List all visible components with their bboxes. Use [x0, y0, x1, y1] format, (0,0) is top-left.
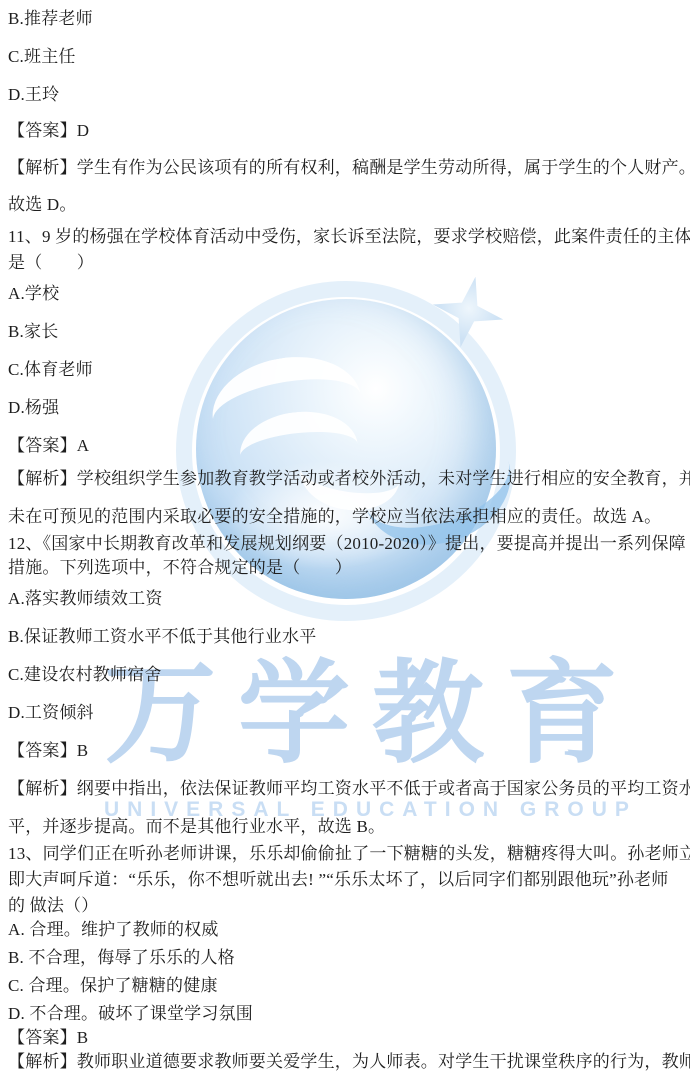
doc-line-option: B.推荐老师 — [8, 9, 93, 29]
doc-line-analysis: 【解析】纲要中指出，依法保证教师平均工资水平不低于或者高于国家公务员的平均工资水 — [8, 779, 690, 799]
exam-document-page: 万学教育 UNIVERSAL EDUCATION GROUP B.推荐老师C.班… — [0, 0, 690, 1075]
doc-line-option: B.家长 — [8, 322, 58, 342]
doc-line-question-cont: 即大声呵斥道：“乐乐，你不想听就出去! ”“乐乐太坏了，以后同字们都别跟他玩”孙… — [8, 870, 669, 890]
doc-line-option: C. 合理。保护了糖糖的健康 — [8, 976, 218, 996]
doc-line-analysis: 【解析】学校组织学生参加教育教学活动或者校外活动，未对学生进行相应的安全教育，并 — [8, 469, 690, 489]
doc-line-question-cont: 是（ ） — [8, 253, 94, 273]
doc-line-question: 11、9 岁的杨强在学校体育活动中受伤，家长诉至法院，要求学校赔偿，此案件责任的… — [8, 227, 690, 247]
doc-line-question-cont: 的 做法（） — [8, 896, 98, 916]
doc-line-answer: 【答案】B — [8, 741, 88, 761]
doc-line-option: B. 不合理，侮辱了乐乐的人格 — [8, 948, 235, 968]
doc-line-answer: 【答案】D — [8, 121, 89, 141]
doc-line-option: C.建设农村教师宿舍 — [8, 665, 162, 685]
doc-line-analysis-cont: 故选 D。 — [8, 195, 77, 215]
doc-line-analysis-cont: 未在可预见的范围内采取必要的安全措施的，学校应当依法承担相应的责任。故选 A。 — [8, 507, 661, 527]
doc-line-option: A. 合理。维护了教师的权威 — [8, 920, 219, 940]
doc-line-analysis: 【解析】教师职业道德要求教师要关爱学生，为人师表。对学生干扰课堂秩序的行为，教师 — [8, 1052, 690, 1072]
doc-line-option: C.班主任 — [8, 47, 76, 67]
doc-line-option: C.体育老师 — [8, 360, 93, 380]
doc-line-analysis-cont: 平，并逐步提高。而不是其他行业水平，故选 B。 — [8, 817, 385, 837]
doc-line-answer: 【答案】A — [8, 436, 89, 456]
doc-line-question: 12、《国家中长期教育改革和发展规划纲要（2010-2020）》提出，要提高并提… — [8, 534, 686, 554]
doc-line-analysis: 【解析】学生有作为公民该项有的所有权利，稿酬是学生劳动所得，属于学生的个人财产。 — [8, 158, 690, 178]
doc-line-question-cont: 措施。下列选项中，不符合规定的是（ ） — [8, 558, 352, 578]
doc-line-option: D.杨强 — [8, 398, 59, 418]
doc-line-answer: 【答案】B — [8, 1028, 88, 1048]
doc-line-option: D. 不合理。破坏了课堂学习氛围 — [8, 1004, 253, 1024]
doc-line-option: D.工资倾斜 — [8, 703, 94, 723]
doc-line-question: 13、同学们正在听孙老师讲课，乐乐却偷偷扯了一下糖糖的头发，糖糖疼得大叫。孙老师… — [8, 844, 690, 864]
document-text-body: B.推荐老师C.班主任D.王玲【答案】D【解析】学生有作为公民该项有的所有权利，… — [0, 0, 690, 1075]
doc-line-option: A.落实教师绩效工资 — [8, 589, 163, 609]
doc-line-option: A.学校 — [8, 284, 59, 304]
doc-line-option: D.王玲 — [8, 85, 59, 105]
doc-line-option: B.保证教师工资水平不低于其他行业水平 — [8, 627, 316, 647]
